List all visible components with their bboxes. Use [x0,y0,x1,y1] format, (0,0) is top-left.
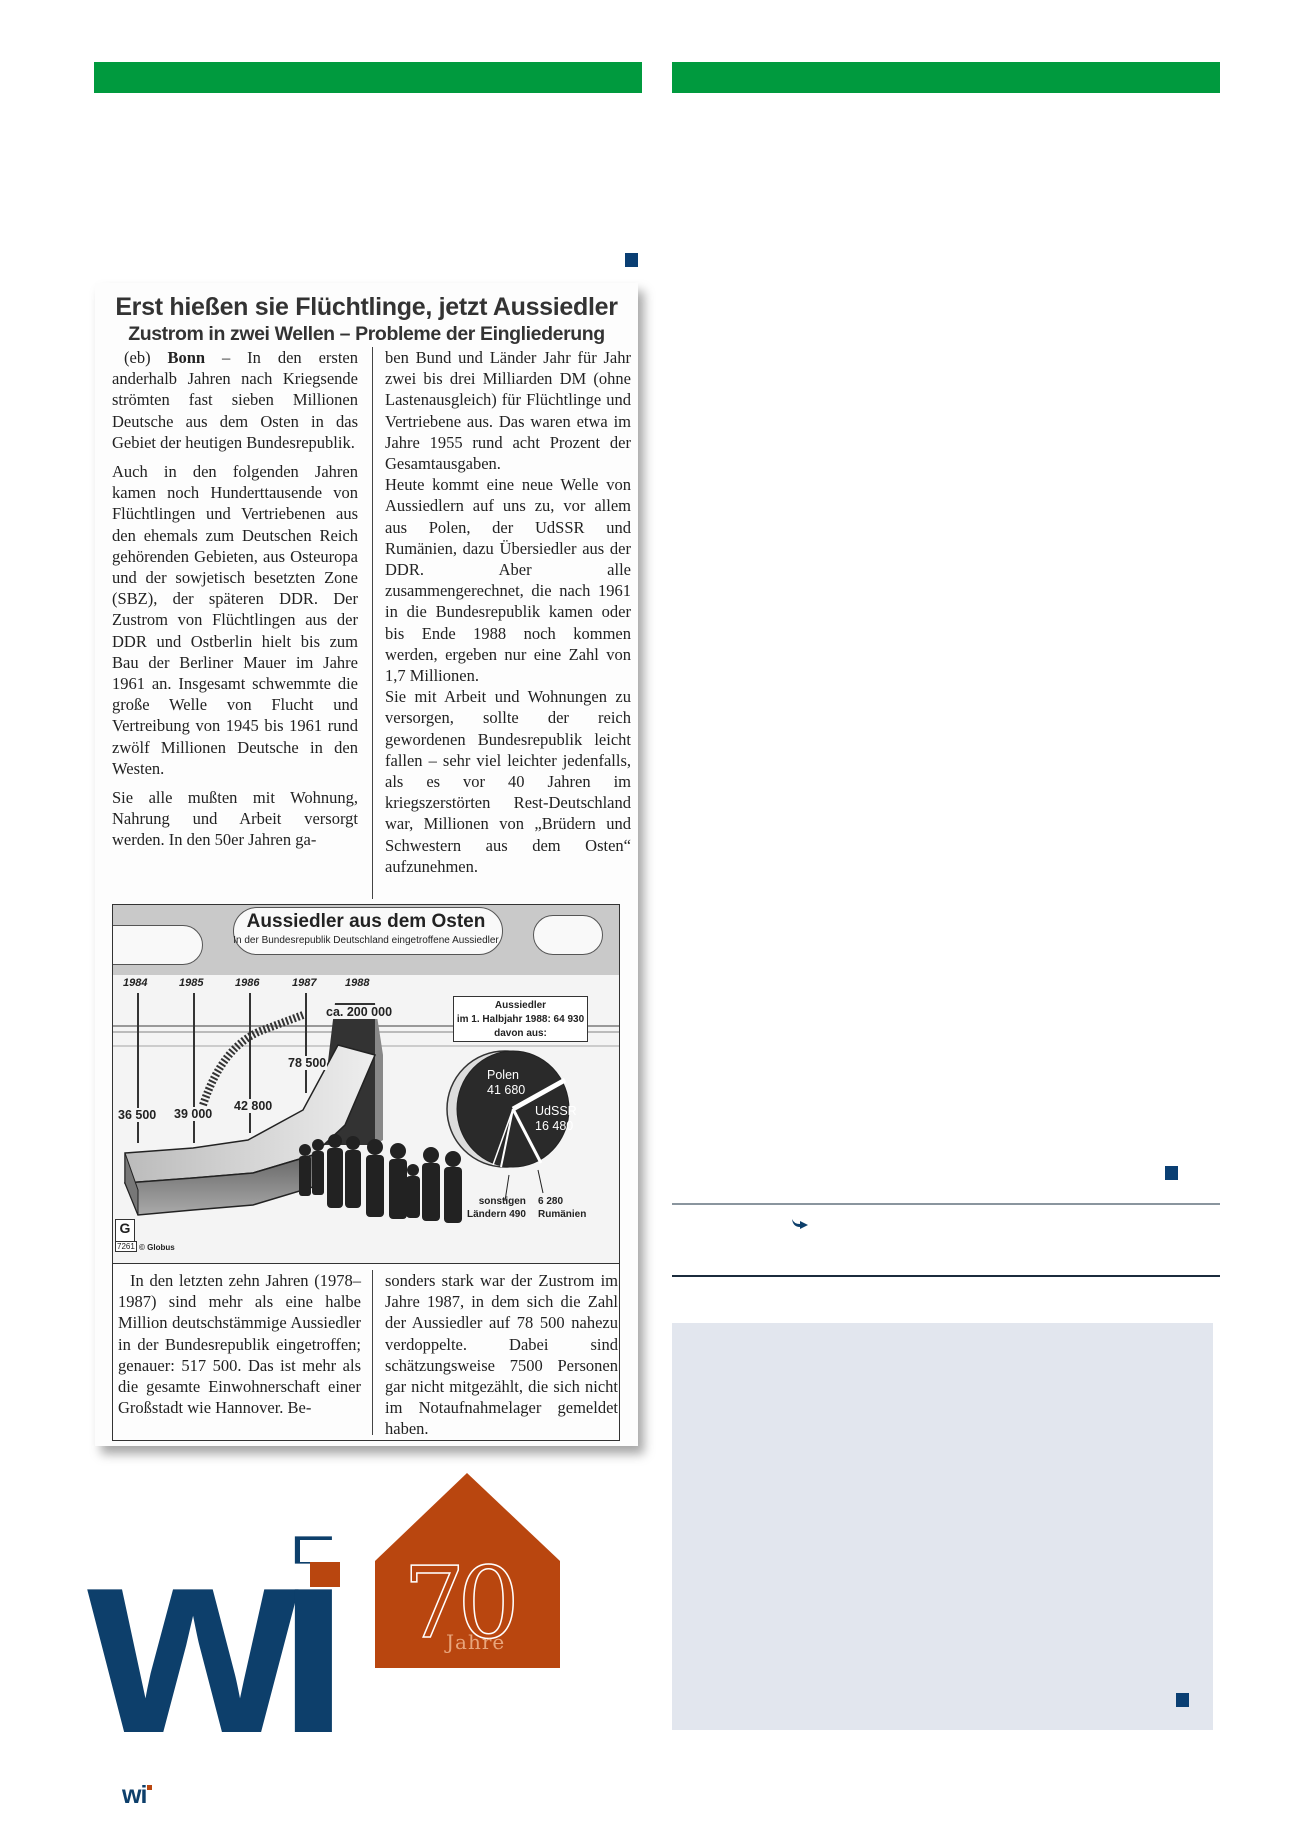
aussiedler-infographic: Aussiedler aus dem Osten In der Bundesre… [112,904,620,1264]
pie-summary-box: Aussiedler im 1. Halbjahr 1988: 64 930 d… [453,996,588,1042]
dateline-prefix: (eb) [124,348,167,367]
value-label-1984: 36 500 [117,1108,157,1122]
section-end-marker [1165,1166,1178,1180]
value-label-1988: ca. 200 000 [325,1005,393,1019]
clipping-paragraph: (eb) Bonn – In den ersten anderhalb Jahr… [112,347,358,453]
pie-box-heading: Aussiedler [454,999,587,1013]
graphic-number: 7261 [115,1241,137,1252]
arrow-right-icon [792,1217,810,1229]
logo-dot-mask [300,1540,350,1562]
value-label-1987: 78 500 [287,1056,327,1070]
pie-label-value: 41 680 [487,1083,525,1098]
section-end-marker [1176,1693,1189,1707]
divider-rule [672,1275,1220,1277]
clipping-paragraph: ben Bund und Länder Jahr für Jahr zwei b… [385,347,631,474]
clipping-paragraph: Heute kommt eine neue Welle von Aussiedl… [385,474,631,686]
pie-box-caption: davon aus: [454,1027,587,1041]
pie-label-udssr: UdSSR 16 480 [535,1104,577,1134]
pie-label-rumaenien: 6 280 Rumänien [538,1195,586,1221]
pie-label-value: Ländern 490 [467,1208,526,1221]
column-divider [372,347,373,899]
clipping-paragraph: sonders stark war der Zustrom im Jahre 1… [385,1270,618,1440]
dateline-place: Bonn [167,348,205,367]
footer-wi-logo: wi [122,1784,146,1806]
footer-logo-dot [147,1785,152,1790]
clipping-right-column: ben Bund und Länder Jahr für Jahr zwei b… [385,347,631,877]
clipping-paragraph: Sie alle mußten mit Wohnung, Nahrung und… [112,787,358,851]
newspaper-clipping: Erst hießen sie Flüchtlinge, jetzt Aussi… [95,283,638,1446]
pie-label-value: 16 480 [535,1119,577,1134]
pie-label-name: sonstigen [467,1195,526,1208]
badge-label: Jahre [446,1630,505,1654]
pie-label-sonstige: sonstigen Ländern 490 [467,1195,526,1221]
clipping-bottom-right-column: sonders stark war der Zustrom im Jahre 1… [385,1270,618,1440]
pie-label-name: Polen [487,1068,525,1083]
right-column-header-bar [672,62,1220,93]
pie-label-polen: Polen 41 680 [487,1068,525,1098]
value-label-1985: 39 000 [173,1107,213,1121]
left-column-header-bar [94,62,642,93]
pie-label-name: UdSSR [535,1104,577,1119]
section-end-marker [625,253,638,267]
pie-label-value: 6 280 [538,1195,586,1208]
pie-box-total: im 1. Halbjahr 1988: 64 930 [454,1013,587,1027]
clipping-left-column: (eb) Bonn – In den ersten anderhalb Jahr… [112,347,358,851]
pie-label-name: Rumänien [538,1208,586,1221]
divider-rule [672,1203,1220,1205]
column-divider [372,1270,373,1435]
clipping-headline: Erst hießen sie Flüchtlinge, jetzt Aussi… [95,293,638,322]
graphic-credit: © Globus [139,1243,175,1252]
wi-logo: wi [88,1540,329,1740]
clipping-paragraph: Auch in den folgenden Jahren kamen noch … [112,461,358,779]
clipping-bottom-left-column: In den letzten zehn Jahren (1978–1987) s… [118,1270,361,1418]
clipping-subheadline: Zustrom in zwei Wellen – Probleme der Ei… [95,323,638,346]
clipping-paragraph: In den letzten zehn Jahren (1978–1987) s… [118,1270,361,1418]
info-box [672,1323,1213,1730]
logo-i-dot [310,1562,340,1587]
value-label-1986: 42 800 [233,1099,273,1113]
clipping-paragraph: Sie mit Arbeit und Wohnungen zu versorge… [385,686,631,877]
